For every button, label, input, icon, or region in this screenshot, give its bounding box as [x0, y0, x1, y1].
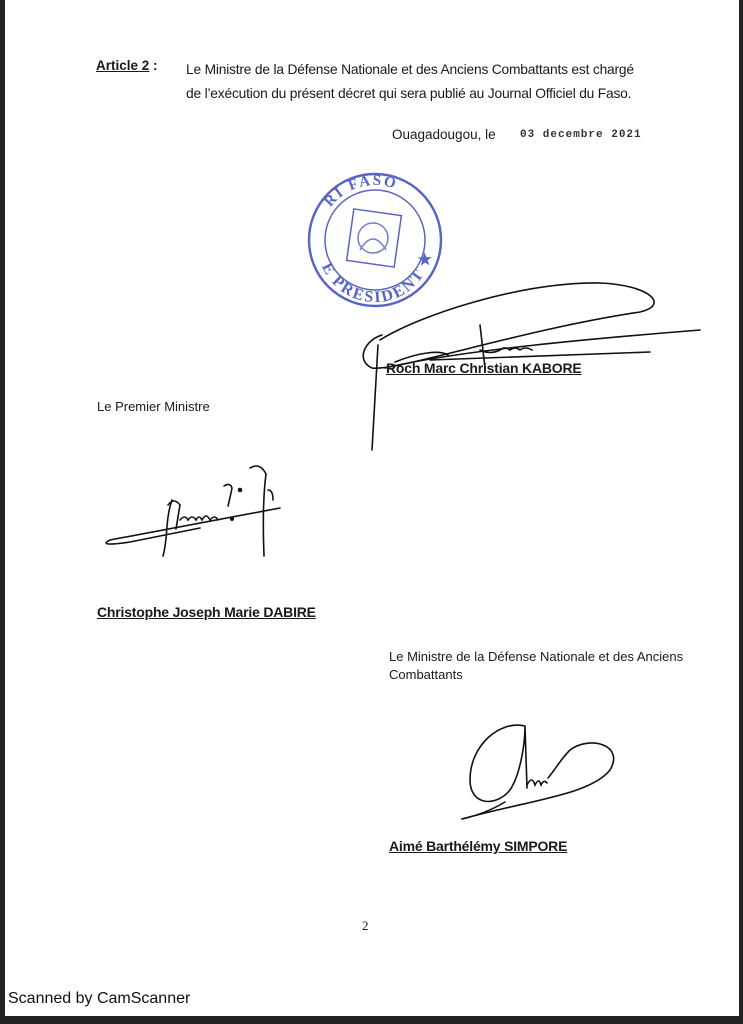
signatory-name-president: Roch Marc Christian KABORE: [386, 360, 582, 376]
signatory-name-defense-minister: Aimé Barthélémy SIMPORE: [389, 838, 567, 854]
signatory-title-prime-minister: Le Premier Ministre: [97, 399, 210, 414]
svg-text:E PRESIDENT ★: E PRESIDENT ★: [318, 249, 436, 307]
signatory-name-prime-minister: Christophe Joseph Marie DABIRE: [97, 604, 316, 620]
camscanner-watermark: Scanned by CamScanner: [8, 990, 190, 1008]
stamp-and-signatures: RI FASO E PRESIDENT ★: [0, 0, 743, 1024]
signature-dabire: [106, 466, 280, 556]
signatory-title-defense-minister: Le Ministre de la Défense Nationale et d…: [389, 648, 709, 684]
page-number: 2: [362, 918, 369, 934]
signature-simpore: [462, 725, 614, 819]
presidential-seal-icon: RI FASO E PRESIDENT ★: [309, 173, 441, 306]
